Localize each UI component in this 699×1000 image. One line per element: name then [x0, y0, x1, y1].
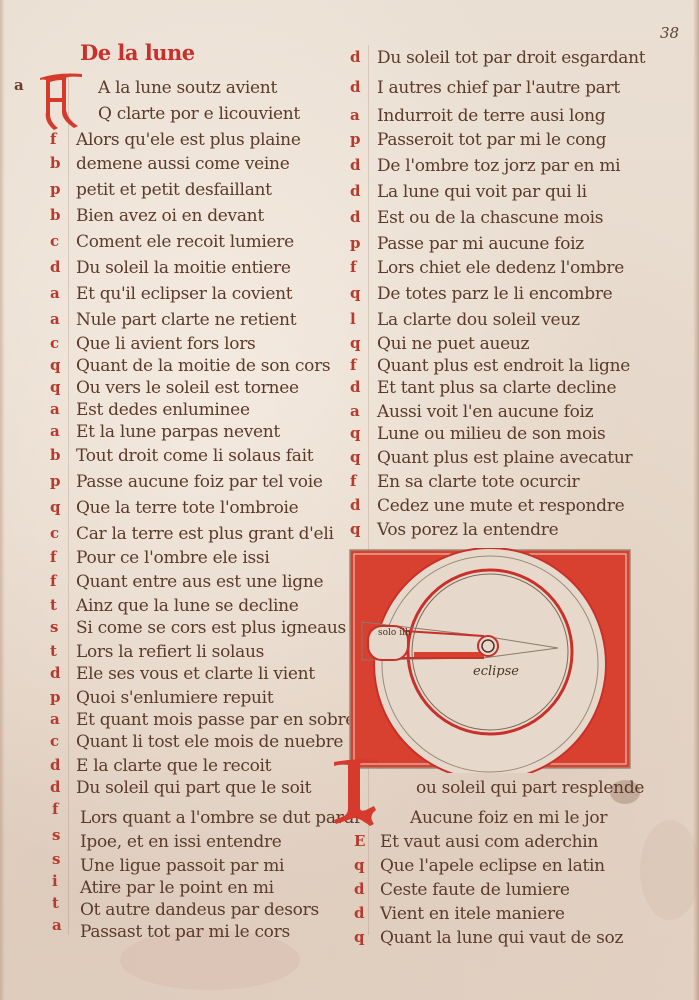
text-line: Si come se cors est plus igneaus	[76, 618, 346, 638]
eclipse-diagram	[348, 548, 633, 773]
paragraph-marker: q	[354, 856, 365, 874]
paragraph-marker: t	[52, 894, 59, 912]
rubric-title: De la lune	[80, 40, 195, 65]
text-line: Vient en itele maniere	[380, 904, 565, 924]
paragraph-marker: l	[350, 310, 356, 328]
paragraph-marker: d	[50, 258, 61, 276]
text-line: Indurroit de terre ausi long	[377, 106, 605, 126]
paragraph-marker: t	[50, 596, 57, 614]
paragraph-marker: b	[50, 446, 61, 464]
text-line: Du soleil la moitie entiere	[76, 258, 291, 278]
paragraph-marker: p	[50, 472, 61, 490]
paragraph-marker: d	[350, 48, 361, 66]
text-line: Lors chiet ele dedenz l'ombre	[377, 258, 624, 278]
text-line: Quoi s'enlumiere repuit	[76, 688, 273, 708]
text-line: Quant plus est plaine avecatur	[377, 448, 632, 468]
paragraph-marker: d	[350, 378, 361, 396]
text-line: Passast tot par mi le cors	[80, 922, 290, 942]
text-line: De l'ombre toz jorz par en mi	[377, 156, 620, 176]
text-line: En sa clarte tote ocurcir	[377, 472, 579, 492]
text-line: E la clarte que le recoit	[76, 756, 271, 776]
text-line: De totes parz le li encombre	[377, 284, 612, 304]
paragraph-marker: d	[350, 156, 361, 174]
paragraph-marker: p	[50, 688, 61, 706]
paragraph-marker: f	[350, 472, 356, 490]
illuminated-initial-l-icon	[330, 758, 380, 828]
text-line: Est ou de la chascune mois	[377, 208, 603, 228]
paragraph-marker: p	[350, 130, 361, 148]
text-line: petit et petit desfaillant	[76, 180, 272, 200]
paragraph-marker: b	[50, 154, 61, 172]
text-line: Vos porez la entendre	[377, 520, 558, 540]
text-line: La clarte dou soleil veuz	[377, 310, 580, 330]
text-line: Tout droit come li solaus fait	[76, 446, 313, 466]
text-line: Que l'apele eclipse en latin	[380, 856, 605, 876]
text-line: Quant la lune qui vaut de soz	[380, 928, 623, 948]
text-line: La lune qui voit par qui li	[377, 182, 587, 202]
text-line: Et la lune parpas nevent	[76, 422, 280, 442]
paragraph-marker: p	[50, 180, 61, 198]
paragraph-marker: d	[350, 496, 361, 514]
text-line: Q clarte por e licouvient	[98, 104, 300, 124]
gloss-letter: a	[14, 76, 24, 94]
text-line: Que li avient fors lors	[76, 334, 255, 354]
text-line: Bien avez oi en devant	[76, 206, 264, 226]
paragraph-marker: q	[50, 378, 61, 396]
text-line: Du soleil tot par droit esgardant	[377, 48, 645, 68]
paragraph-marker: a	[50, 400, 60, 418]
ruling-line	[68, 75, 69, 935]
paragraph-marker: q	[350, 334, 361, 352]
paragraph-marker: f	[50, 548, 56, 566]
text-line: Ceste faute de lumiere	[380, 880, 570, 900]
paragraph-marker: q	[350, 284, 361, 302]
paragraph-marker: a	[350, 402, 360, 420]
text-line: Passeroit tot par mi le cong	[377, 130, 606, 150]
text-line: Aussi voit l'en aucune foiz	[377, 402, 593, 422]
paragraph-marker: s	[52, 850, 60, 868]
text-line: Quant li tost ele mois de nuebre	[76, 732, 343, 752]
text-line: Pour ce l'ombre ele issi	[76, 548, 269, 568]
illuminated-initial-a-icon	[38, 70, 84, 132]
paragraph-marker: c	[50, 732, 59, 750]
paragraph-marker: d	[50, 756, 61, 774]
text-line: Et qu'il eclipser la covient	[76, 284, 292, 304]
paragraph-marker: d	[50, 664, 61, 682]
paragraph-marker: s	[52, 826, 60, 844]
paragraph-marker: f	[50, 572, 56, 590]
sun-label: solo ilh	[378, 628, 411, 638]
paragraph-marker: p	[350, 234, 361, 252]
paragraph-marker: f	[52, 800, 58, 818]
text-line: Cedez une mute et respondre	[377, 496, 624, 516]
text-line: Alors qu'ele est plus plaine	[76, 130, 301, 150]
paragraph-marker: c	[50, 334, 59, 352]
text-line: Lors la refiert li solaus	[76, 642, 264, 662]
paragraph-marker: i	[52, 872, 58, 890]
paragraph-marker: q	[350, 424, 361, 442]
text-line: Ele ses vous et clarte li vient	[76, 664, 315, 684]
text-line: Et vaut ausi com aderchin	[380, 832, 598, 852]
text-line: Car la terre est plus grant d'eli	[76, 524, 334, 544]
paragraph-marker: b	[50, 206, 61, 224]
paragraph-marker: d	[50, 778, 61, 796]
text-line: Qui ne puet aueuz	[377, 334, 529, 354]
paragraph-marker: a	[50, 710, 60, 728]
text-line: Est dedes enluminee	[76, 400, 250, 420]
paragraph-marker: a	[50, 310, 60, 328]
paragraph-marker: q	[354, 928, 365, 946]
paragraph-marker: s	[50, 618, 58, 636]
text-line: Coment ele recoit lumiere	[76, 232, 294, 252]
text-line: Quant entre aus est une ligne	[76, 572, 323, 592]
text-line: demene aussi come veine	[76, 154, 289, 174]
text-line: Quant de la moitie de son cors	[76, 356, 330, 376]
text-line: Atire par le point en mi	[80, 878, 274, 898]
paragraph-marker: c	[50, 524, 59, 542]
paragraph-marker: a	[50, 284, 60, 302]
stain	[640, 820, 699, 920]
paragraph-marker: d	[354, 880, 365, 898]
paragraph-marker: f	[350, 356, 356, 374]
manuscript-page: 38 De la lune a A la lune soutz avient Q…	[0, 0, 699, 1000]
paragraph-marker: f	[50, 130, 56, 148]
text-line: Ou vers le soleil est tornee	[76, 378, 299, 398]
paragraph-marker: d	[350, 182, 361, 200]
paragraph-marker: q	[350, 448, 361, 466]
text-line: I autres chief par l'autre part	[377, 78, 620, 98]
paragraph-marker: q	[350, 520, 361, 538]
paragraph-marker: d	[354, 904, 365, 922]
paragraph-marker: a	[350, 106, 360, 124]
text-line: Ipoe, et en issi entendre	[80, 832, 282, 852]
text-line: Ainz que la lune se decline	[76, 596, 299, 616]
text-line: Et quant mois passe par en sobre	[76, 710, 355, 730]
paragraph-marker: q	[50, 356, 61, 374]
text-line: ou soleil qui part resplende	[416, 778, 644, 798]
paragraph-marker: c	[50, 232, 59, 250]
eclipse-label: eclipse	[473, 664, 519, 679]
page-edge-left	[0, 0, 5, 1000]
paragraph-marker: d	[350, 208, 361, 226]
text-line: Et tant plus sa clarte decline	[377, 378, 616, 398]
paragraph-marker: t	[50, 642, 57, 660]
text-line: A la lune soutz avient	[98, 78, 277, 98]
text-line: Que la terre tote l'ombroie	[76, 498, 298, 518]
text-line: Ot autre dandeus par desors	[80, 900, 319, 920]
text-line: Du soleil qui part que le soit	[76, 778, 311, 798]
paragraph-marker: f	[350, 258, 356, 276]
text-line: Une ligue passoit par mi	[80, 856, 284, 876]
folio-number: 38	[660, 24, 679, 42]
text-line: Passe aucune foiz par tel voie	[76, 472, 323, 492]
text-line: Nule part clarte ne retient	[76, 310, 296, 330]
paragraph-marker: a	[52, 916, 62, 934]
text-line: Lors quant a l'ombre se dut pardre	[80, 808, 372, 828]
paragraph-marker: q	[50, 498, 61, 516]
text-line: Aucune foiz en mi le jor	[410, 808, 607, 828]
paragraph-marker: E	[354, 832, 365, 850]
paragraph-marker: d	[350, 78, 361, 96]
text-line: Lune ou milieu de son mois	[377, 424, 605, 444]
paragraph-marker: a	[50, 422, 60, 440]
text-line: Quant plus est endroit la ligne	[377, 356, 630, 376]
text-line: Passe par mi aucune foiz	[377, 234, 584, 254]
